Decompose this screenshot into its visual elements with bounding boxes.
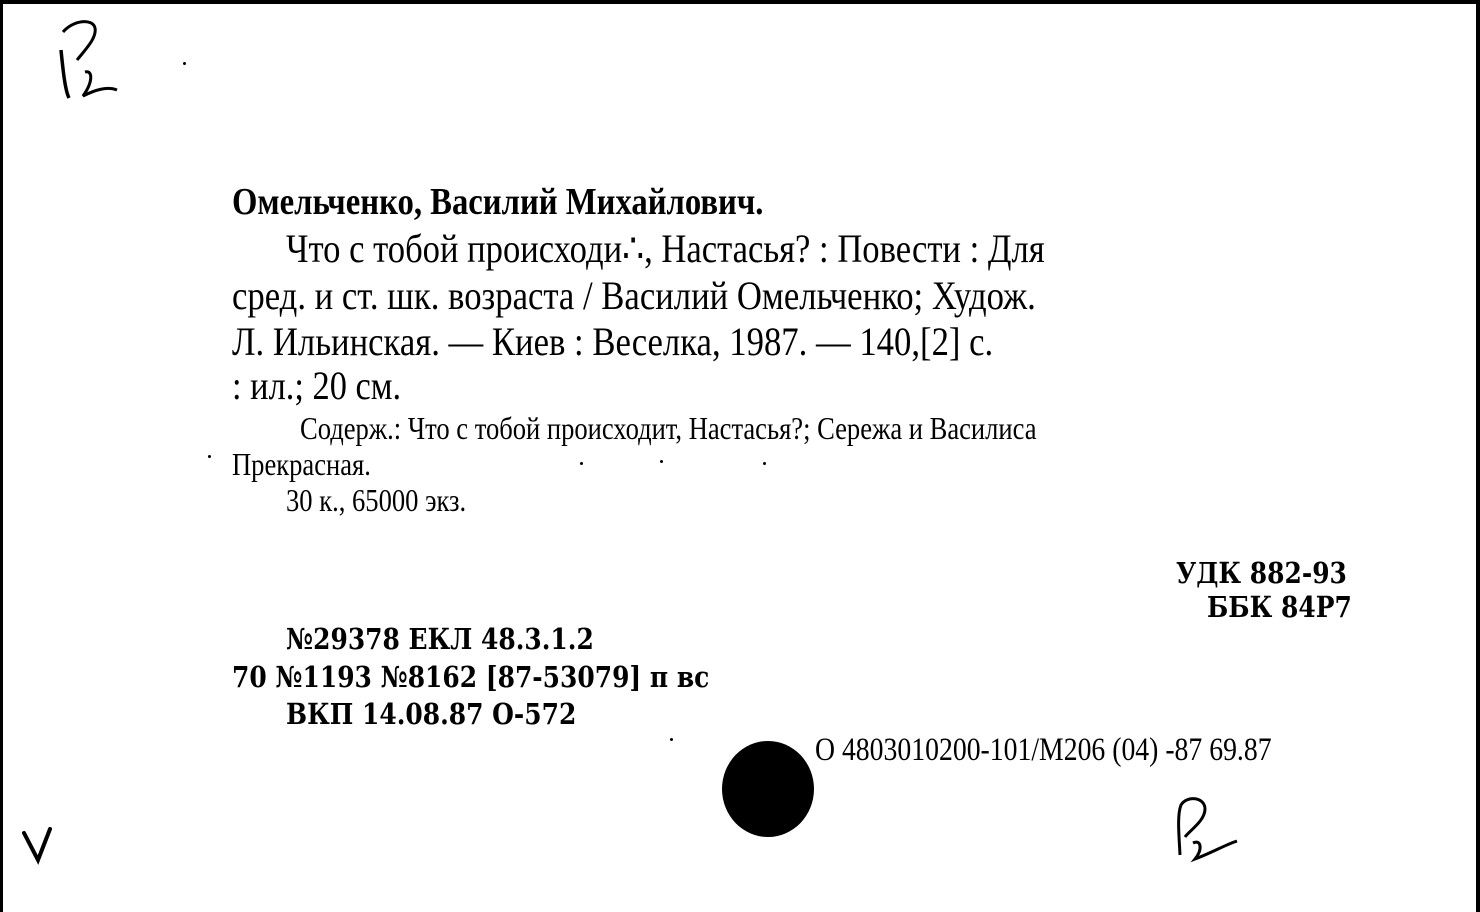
handwritten-check-icon: [20, 825, 60, 870]
publisher-code: О 4803010200-101/М206 (04) -87 69.87: [815, 732, 1272, 769]
card-right-edge: [1476, 0, 1480, 912]
contents-note-line-2: Прекрасная.: [232, 446, 371, 483]
handwritten-mark-bottom-right: [1175, 795, 1255, 875]
scan-speck: [183, 62, 186, 65]
author-heading: Омельченко, Василий Михайлович.: [232, 180, 763, 224]
card-top-edge: [0, 0, 1480, 4]
scan-speck: [660, 460, 663, 463]
scan-speck: [580, 462, 583, 465]
bbk-classification: ББК 84Р7: [1207, 590, 1352, 624]
scan-speck: [670, 738, 673, 741]
title-line-1: Что с тобой происходи∴, Настасья? : Пове…: [286, 225, 1045, 272]
price-print-run: 30 к., 65000 экз.: [286, 482, 466, 519]
handwritten-mark-top-left: [55, 20, 135, 105]
udk-classification: УДК 882-93: [1176, 556, 1347, 590]
registry-line-3: ВКП 14.08.87 О-572: [286, 697, 576, 731]
registry-line-1: №29378 ЕКЛ 48.3.1.2: [286, 622, 594, 656]
title-line-2: сред. и ст. шк. возраста / Василий Омель…: [232, 272, 1036, 319]
scan-speck: [763, 462, 766, 465]
title-line-4: : ил.; 20 см.: [232, 362, 401, 409]
contents-note-line-1: Содерж.: Что с тобой происходит, Настась…: [300, 410, 1037, 447]
card-left-edge: [0, 0, 3, 912]
scan-speck: [208, 455, 211, 458]
registry-line-2: 70 №1193 №8162 [87-53079] п вс: [232, 660, 709, 694]
title-line-3: Л. Ильинская. — Киев : Веселка, 1987. — …: [232, 318, 993, 365]
card-punch-hole: [722, 741, 814, 837]
